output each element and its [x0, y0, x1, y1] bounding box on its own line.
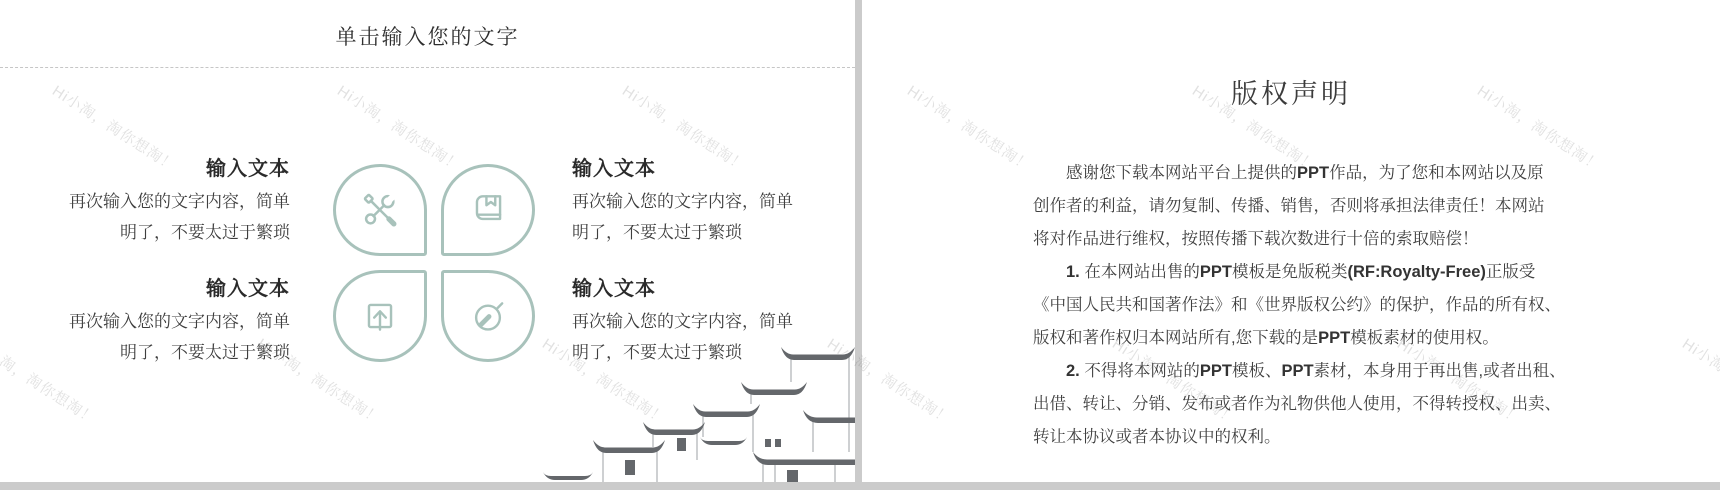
copyright-line: 版权和著作权归本网站所有,您下载的是PPT模板素材的使用权。: [1033, 322, 1549, 355]
copyright-line: 《中国人民共和国著作法》和《世界版权公约》的保护，作品的所有权、: [1033, 289, 1549, 322]
text-line: 明了，不要太过于繁琐: [572, 217, 837, 248]
right-slide[interactable]: 版权声明 感谢您下载本网站平台上提供的PPT作品，为了您和本网站以及原创作者的利…: [862, 0, 1720, 482]
text-line: 再次输入您的文字内容，简单: [572, 186, 837, 217]
text-line: 再次输入您的文字内容，简单: [572, 306, 837, 337]
copyright-line: 1. 在本网站出售的PPT模板是免版税类(RF:Royalty-Free)正版受: [1033, 256, 1549, 289]
left-slide[interactable]: 单击输入您的文字 输入文本 再次输入您的文字内容，简单明了，不要太过于繁琐 输入…: [0, 0, 855, 482]
text-block-body: 再次输入您的文字内容，简单明了，不要太过于繁琐: [40, 306, 290, 368]
ppt-preview-canvas: { "watermark": "Hi小淘，淘你想淘！", "left_slide…: [0, 0, 1720, 490]
clover-petal: [441, 270, 535, 362]
text-line: 再次输入您的文字内容，简单: [40, 186, 290, 217]
left-slide-title: 单击输入您的文字: [0, 0, 855, 51]
text-block-body: 再次输入您的文字内容，简单明了，不要太过于繁琐: [40, 186, 290, 248]
text-block-bottom-left: 输入文本 再次输入您的文字内容，简单明了，不要太过于繁琐: [40, 272, 290, 368]
clover-petal: [333, 270, 427, 362]
text-block-top-left: 输入文本 再次输入您的文字内容，简单明了，不要太过于繁琐: [40, 152, 290, 248]
upload-icon: [359, 295, 401, 337]
copyright-line: 将对作品进行维权，按照传播下载次数进行十倍的索取赔偿！: [1033, 223, 1549, 256]
text-block-body: 再次输入您的文字内容，简单明了，不要太过于繁琐: [572, 186, 837, 248]
copyright-line: 感谢您下载本网站平台上提供的PPT作品，为了您和本网站以及原: [1033, 157, 1549, 190]
book-icon: [467, 189, 509, 231]
copyright-line: 2. 不得将本网站的PPT模板、PPT素材，本身用于再出售,或者出租、: [1033, 355, 1549, 388]
clover-petal: [441, 164, 535, 256]
copyright-body: 感谢您下载本网站平台上提供的PPT作品，为了您和本网站以及原创作者的利益，请勿复…: [1033, 157, 1549, 454]
text-line: 明了，不要太过于繁琐: [40, 337, 290, 368]
text-block-heading: 输入文本: [40, 152, 290, 181]
text-line: 再次输入您的文字内容，简单: [40, 306, 290, 337]
text-line: 明了，不要太过于繁琐: [40, 217, 290, 248]
copyright-line: 出借、转让、分销、发布或者作为礼物供他人使用，不得转授权、出卖、: [1033, 388, 1549, 421]
dashed-divider: [0, 67, 855, 68]
copyright-line: 转让本协议或者本协议中的权利。: [1033, 421, 1549, 454]
copyright-line: 创作者的利益，请勿复制、传播、销售，否则将承担法律责任！本网站: [1033, 190, 1549, 223]
text-block-heading: 输入文本: [40, 272, 290, 301]
text-block-heading: 输入文本: [572, 272, 837, 301]
clover-petal: [333, 164, 427, 256]
tools-icon: [359, 189, 401, 231]
text-block-top-right: 输入文本 再次输入您的文字内容，简单明了，不要太过于繁琐: [572, 152, 837, 248]
timer-icon: [467, 295, 509, 337]
clover-graphic: [333, 164, 535, 362]
building-silhouette: [525, 342, 855, 482]
copyright-title: 版权声明: [862, 0, 1720, 111]
text-block-heading: 输入文本: [572, 152, 837, 181]
